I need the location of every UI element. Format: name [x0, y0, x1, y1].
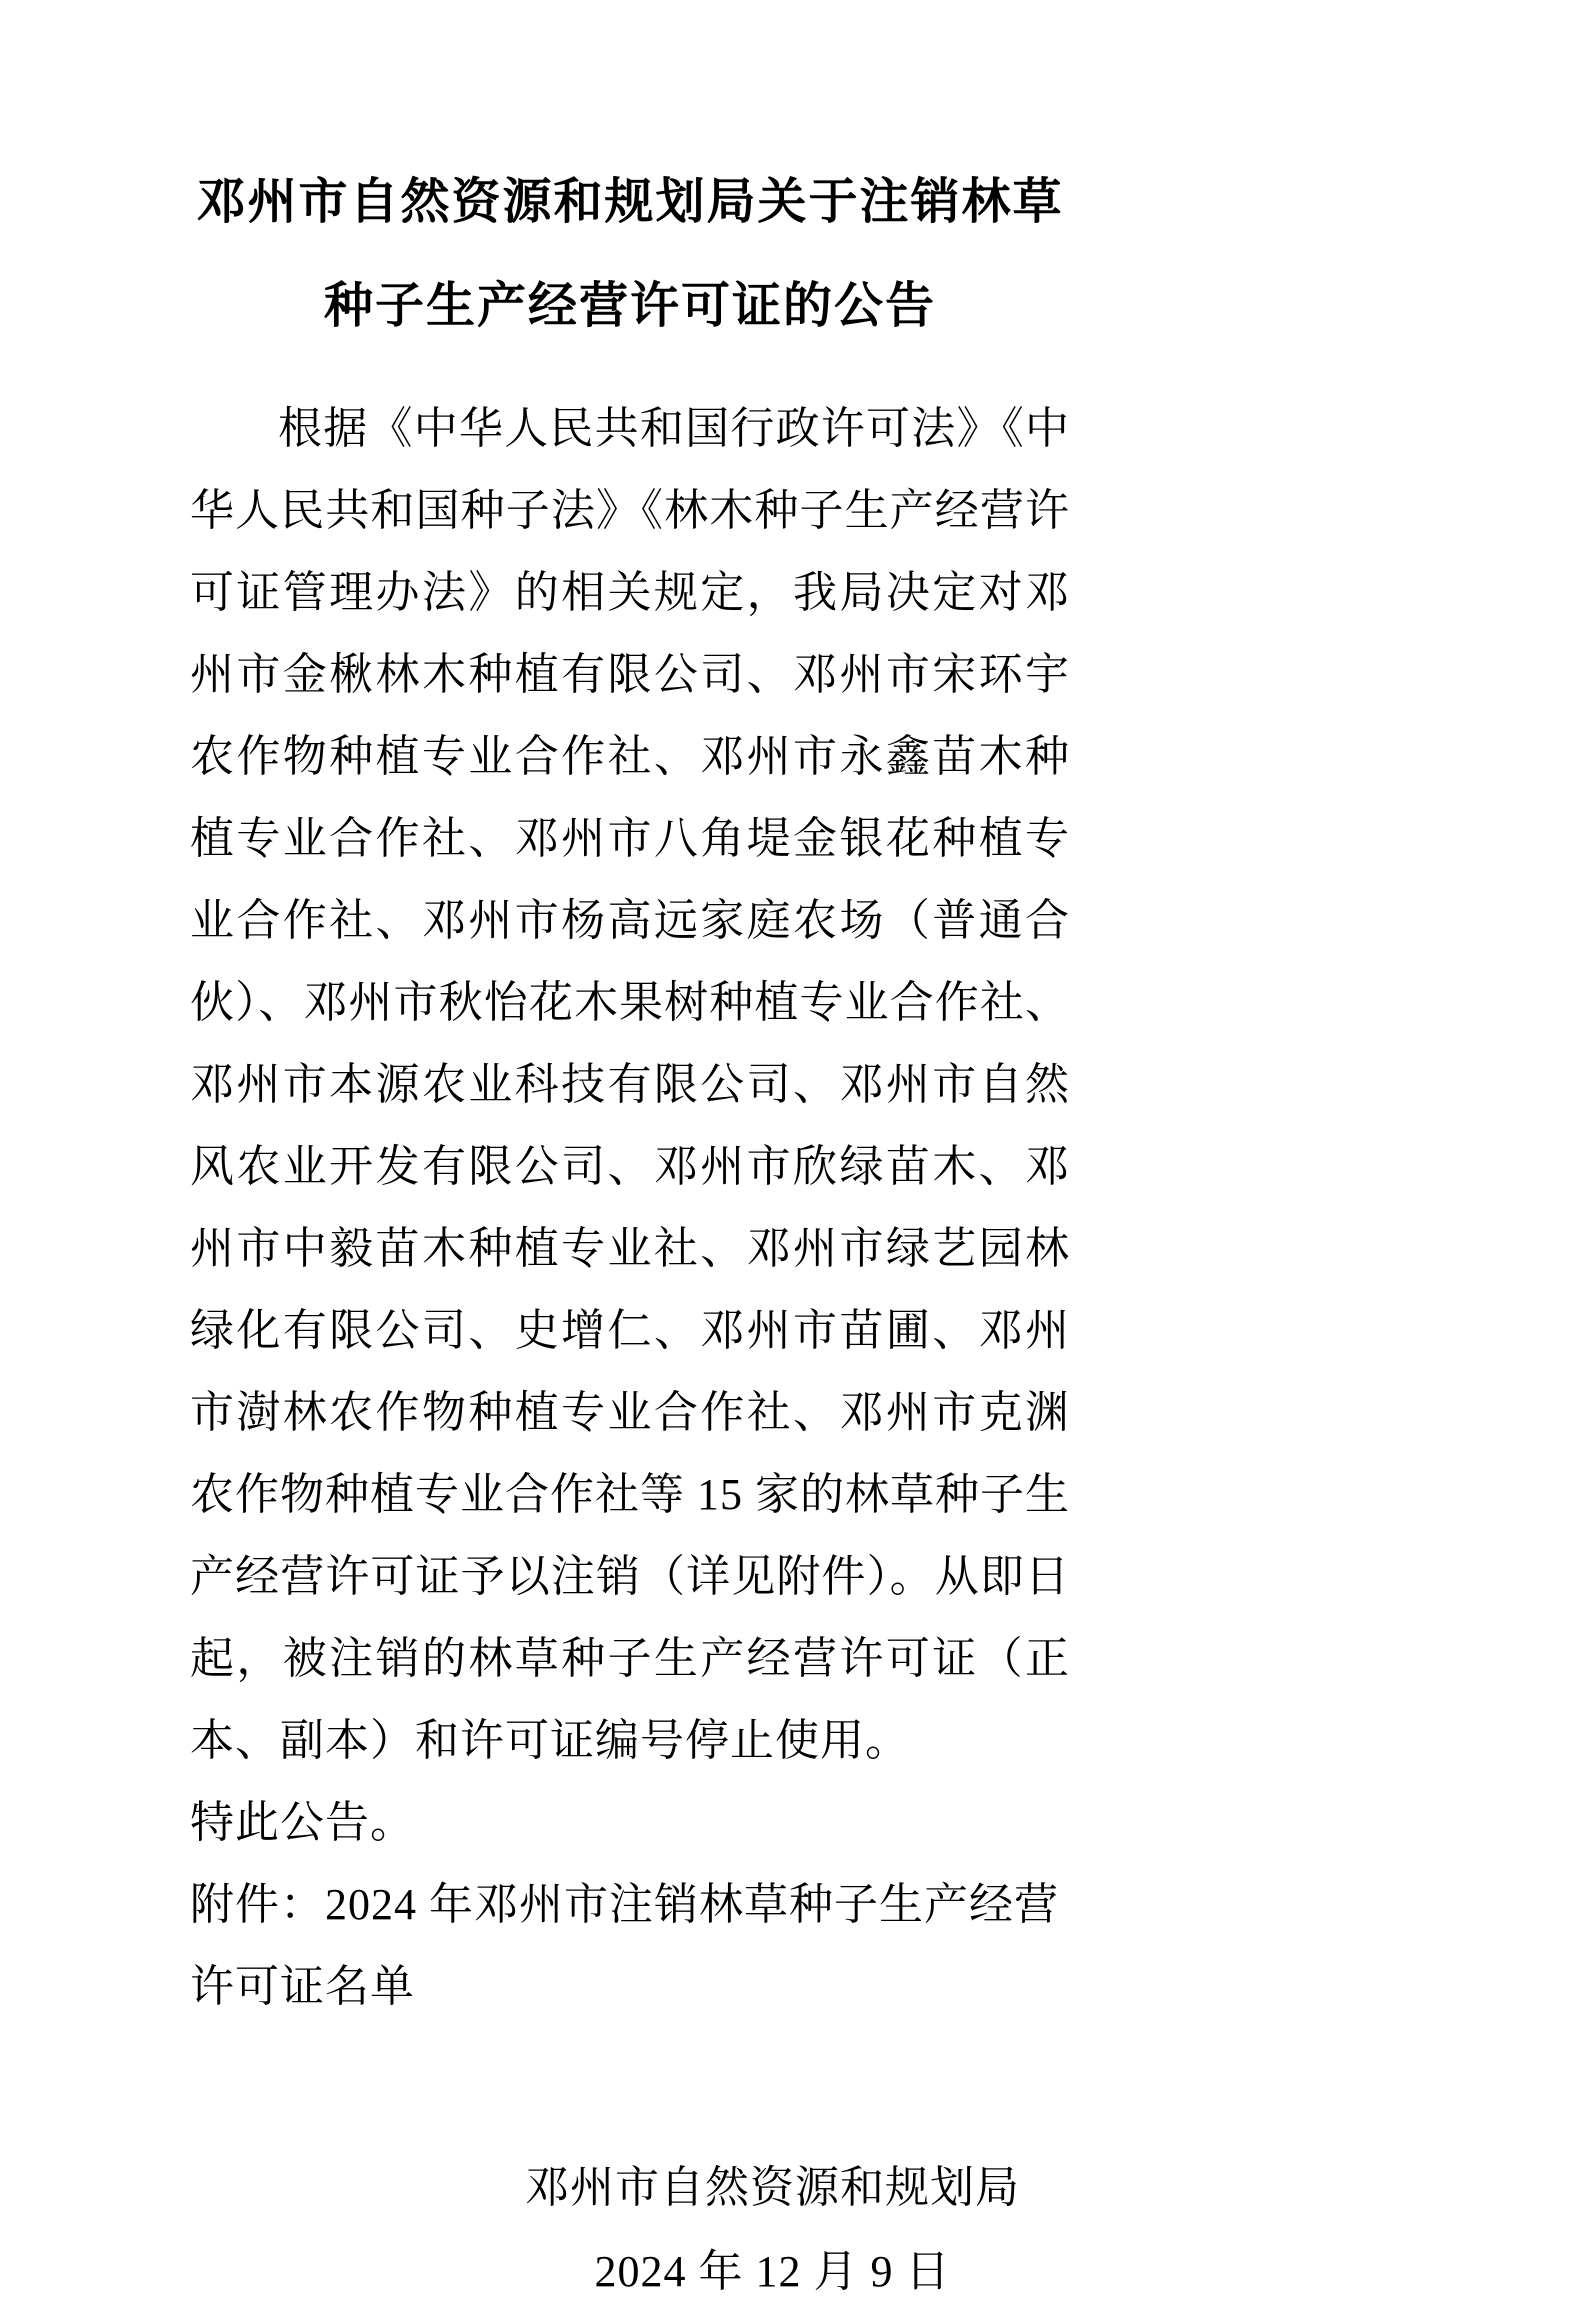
- document-content: 邓州市自然资源和规划局关于注销林草 种子生产经营许可证的公告 根据《中华人民共和…: [190, 150, 1070, 2302]
- document-title: 邓州市自然资源和规划局关于注销林草 种子生产经营许可证的公告: [190, 150, 1070, 358]
- closing-line: 特此公告。: [190, 1782, 1070, 1864]
- document-date: 2024 年 12 月 9 日: [595, 2242, 951, 2302]
- title-line-2: 种子生产经营许可证的公告: [190, 254, 1070, 358]
- signer-name: 邓州市自然资源和规划局: [525, 2158, 1020, 2218]
- document-page: 邓州市自然资源和规划局关于注销林草 种子生产经营许可证的公告 根据《中华人民共和…: [0, 0, 1080, 2302]
- document-body-paragraph: 根据《中华人民共和国行政许可法》《中华人民共和国种子法》《林木种子生产经营许可证…: [190, 388, 1070, 1782]
- signature-block: 邓州市自然资源和规划局 2024 年 12 月 9 日: [525, 2158, 1020, 2302]
- title-line-1: 邓州市自然资源和规划局关于注销林草: [190, 150, 1070, 254]
- attachment-line: 附件：2024 年邓州市注销林草种子生产经营许可证名单: [190, 1864, 1070, 2028]
